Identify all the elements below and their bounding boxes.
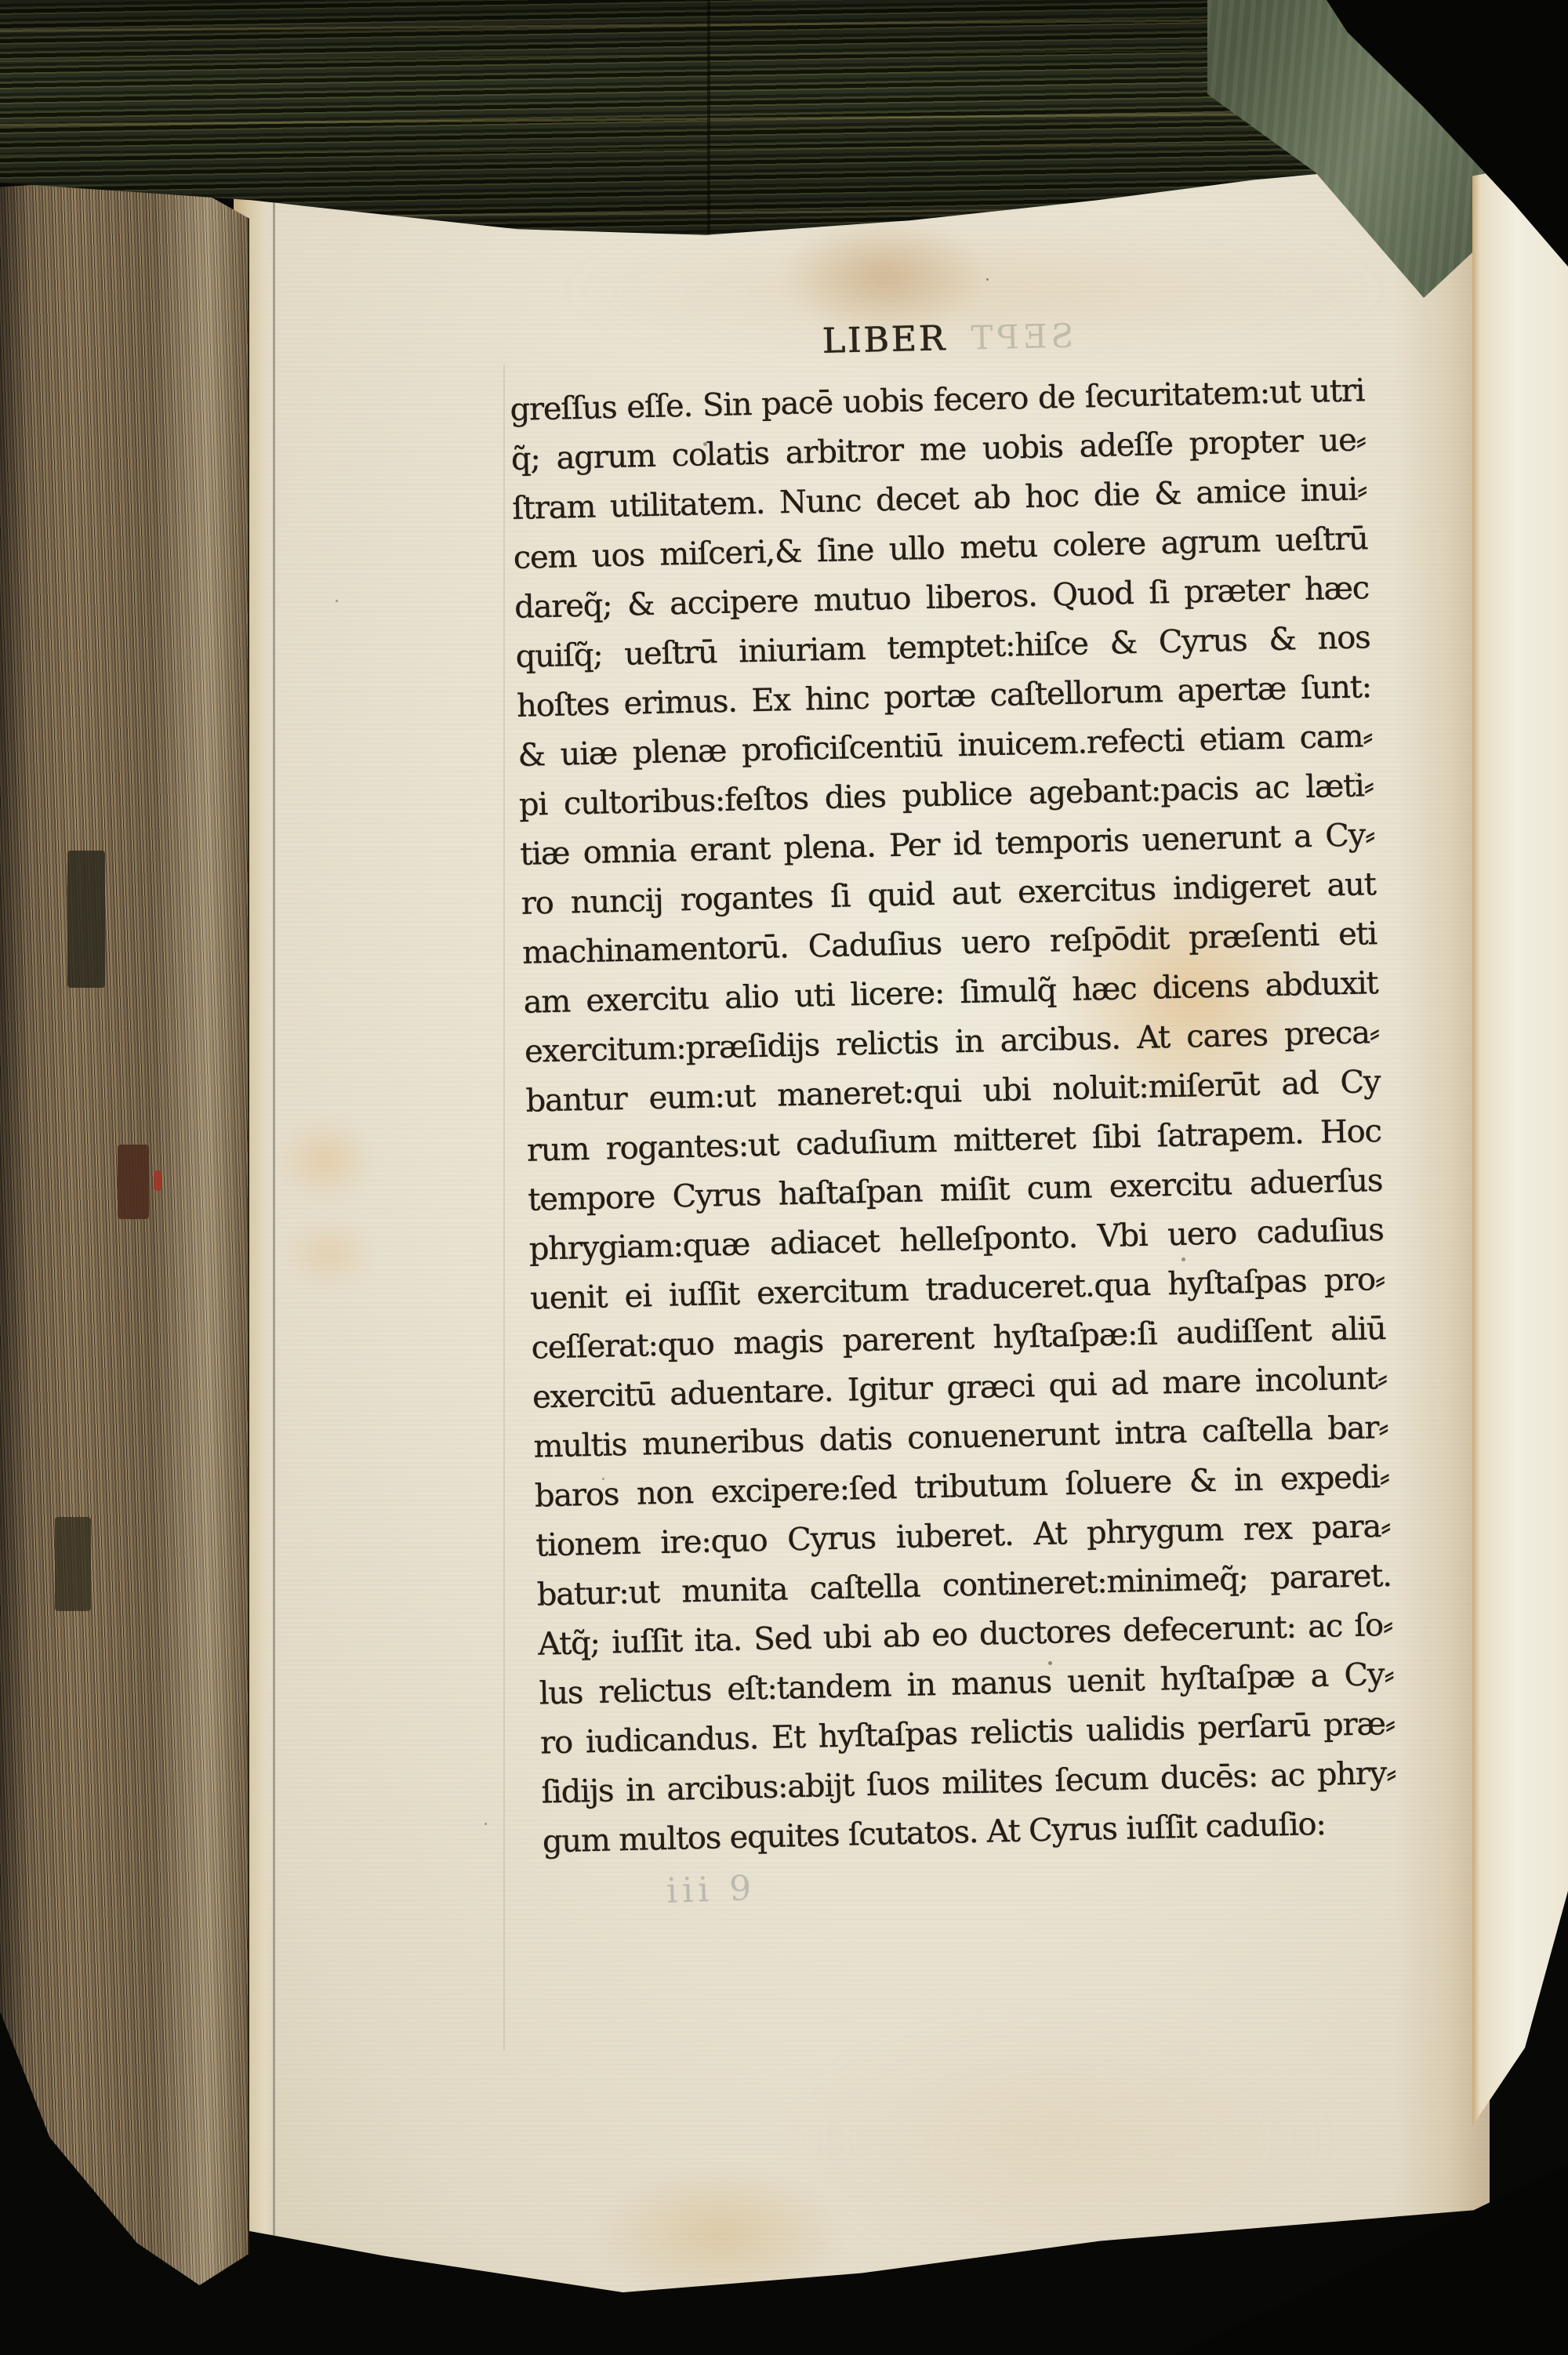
- top-edge-seam: [707, 0, 710, 235]
- fore-edge-page-stack: [0, 176, 249, 2285]
- text-block: LIBERSEPT greſſus eſſe. Sin pacē uobis f…: [508, 303, 1397, 1867]
- fore-edge-dark-streak: [55, 1517, 91, 1611]
- fore-edge-dark-streak: [118, 1145, 149, 1219]
- paper-stain: [782, 2011, 1331, 2270]
- paper-stain: [596, 2168, 847, 2301]
- book-page: LIBERSEPT greſſus eſſe. Sin pacē uobis f…: [234, 161, 1490, 2301]
- book-photograph: LIBERSEPT greſſus eſſe. Sin pacē uobis f…: [0, 0, 1568, 2355]
- showthrough-text: SEPT: [967, 310, 1074, 365]
- signature-mark-showthrough: iii 9: [666, 1868, 757, 1911]
- fore-edge-dark-streak: [67, 851, 105, 988]
- chain-line: [503, 365, 505, 2050]
- paper-stain: [278, 1117, 372, 1203]
- facing-page-fold: [1472, 166, 1568, 2126]
- page-edge-line: [273, 161, 275, 2301]
- fore-edge-red-fleck: [154, 1170, 162, 1191]
- body-text: greſſus eſſe. Sin pacē uobis fecero de ſ…: [510, 366, 1398, 1867]
- running-title-row: LIBERSEPT: [508, 303, 1363, 375]
- paper-stain: [286, 1219, 372, 1290]
- running-title: LIBER: [822, 313, 948, 368]
